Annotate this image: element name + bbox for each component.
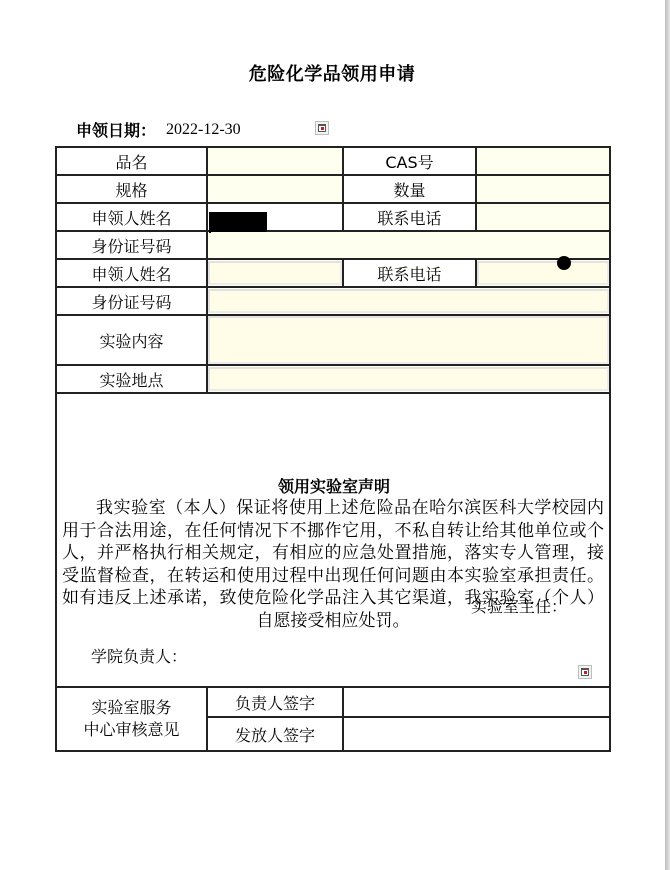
- id-number2-label: 身份证号码: [56, 287, 207, 315]
- review-label-line1: 实验室服务: [57, 697, 206, 719]
- vertical-scrollbar[interactable]: [665, 0, 670, 870]
- supervisor-signature-label: 负责人签字: [207, 687, 343, 717]
- declaration-section: 领用实验室声明 我实验室（本人）保证将使用上述危险品在哈尔滨医科大学校园内用于合…: [56, 393, 610, 687]
- cursor-dot: [557, 256, 571, 270]
- table-row: 申领人姓名 联系电话: [56, 259, 610, 287]
- table-row: 实验内容: [56, 315, 610, 365]
- experiment-location-input[interactable]: [207, 365, 610, 393]
- date-row: 申领日期： 2022-12-30: [76, 118, 241, 141]
- supervisor-signature-field[interactable]: [343, 687, 610, 717]
- declaration-heading: 领用实验室声明: [57, 474, 609, 497]
- calendar-icon[interactable]: [578, 665, 592, 679]
- product-name-input[interactable]: [207, 147, 343, 175]
- applicant2-name-label: 申领人姓名: [56, 259, 207, 287]
- calendar-icon[interactable]: [315, 121, 329, 135]
- experiment-content-input[interactable]: [207, 315, 610, 365]
- issuer-signature-label: 发放人签字: [207, 717, 343, 751]
- review-label-line2: 中心审核意见: [57, 719, 206, 741]
- cas-label: CAS号: [343, 147, 476, 175]
- experiment-location-label: 实验地点: [56, 365, 207, 393]
- phone2-label: 联系电话: [343, 259, 476, 287]
- table-row: 实验地点: [56, 365, 610, 393]
- lab-director-label: 实验室主任：: [471, 594, 567, 617]
- date-value[interactable]: 2022-12-30: [166, 121, 241, 139]
- id-number-input[interactable]: [207, 231, 610, 259]
- page-title: 危险化学品领用申请: [0, 60, 664, 86]
- declaration-row: 领用实验室声明 我实验室（本人）保证将使用上述危险品在哈尔滨医科大学校园内用于合…: [56, 393, 610, 687]
- cas-input[interactable]: [476, 147, 610, 175]
- id-number2-input[interactable]: [207, 287, 610, 315]
- date-label: 申领日期：: [76, 118, 156, 141]
- phone2-input[interactable]: [476, 259, 610, 287]
- quantity-input[interactable]: [476, 175, 610, 203]
- table-row: 身份证号码: [56, 287, 610, 315]
- table-row: 申领人姓名 联系电话: [56, 203, 610, 231]
- issuer-signature-field[interactable]: [343, 717, 610, 751]
- phone-label: 联系电话: [343, 203, 476, 231]
- redacted-name-edge: [209, 222, 211, 233]
- spec-label: 规格: [56, 175, 207, 203]
- redacted-name: [209, 212, 267, 232]
- applicant-name-label: 申领人姓名: [56, 203, 207, 231]
- applicant2-name-input[interactable]: [207, 259, 343, 287]
- table-row: 身份证号码: [56, 231, 610, 259]
- table-row: 规格 数量: [56, 175, 610, 203]
- spec-input[interactable]: [207, 175, 343, 203]
- experiment-content-label: 实验内容: [56, 315, 207, 365]
- table-row: 品名 CAS号: [56, 147, 610, 175]
- table-row: 实验室服务 中心审核意见 负责人签字: [56, 687, 610, 717]
- college-head-label: 学院负责人：: [91, 644, 187, 667]
- application-form: 品名 CAS号 规格 数量 申领人姓名 联系电话 身份证号码 申领人姓名 联系电…: [55, 146, 611, 752]
- review-label: 实验室服务 中心审核意见: [56, 687, 207, 751]
- id-number-label: 身份证号码: [56, 231, 207, 259]
- phone-input[interactable]: [476, 203, 610, 231]
- product-name-label: 品名: [56, 147, 207, 175]
- quantity-label: 数量: [343, 175, 476, 203]
